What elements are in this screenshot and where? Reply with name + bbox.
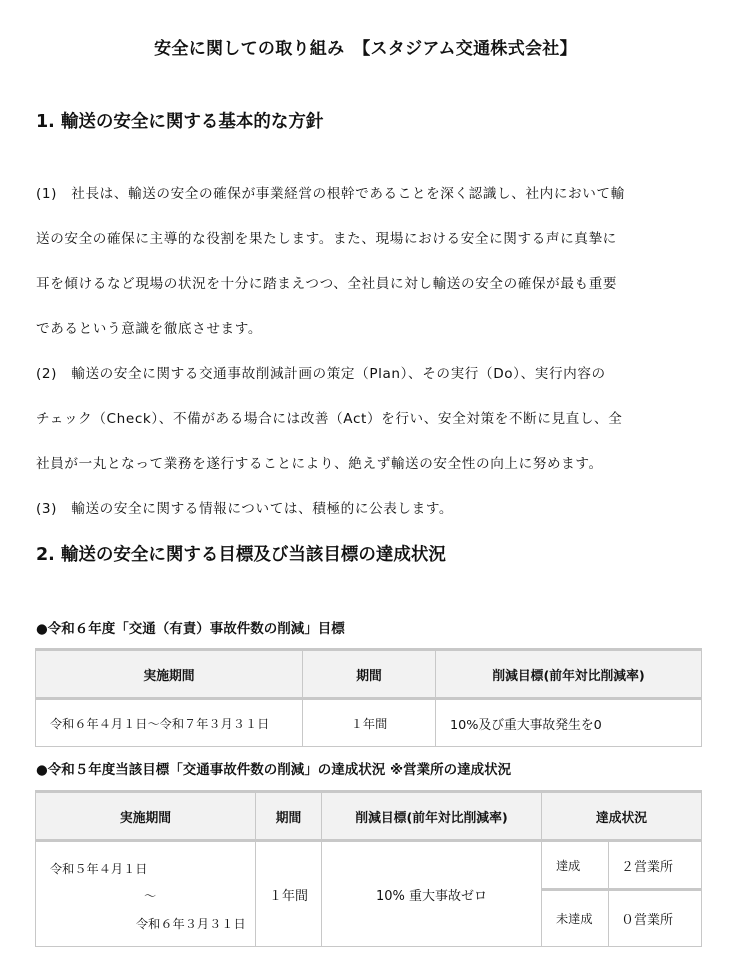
result-table-caption: ●令和５年度当該目標「交通事故件数の削減」の達成状況 ※営業所の達成状況	[36, 758, 511, 778]
policy-paragraph-line: (1) 社長は、輸送の安全の確保が事業経営の根幹であることを深く認識し、社内にお…	[36, 182, 625, 202]
status-label-not-achieved: 未達成	[542, 890, 609, 947]
policy-paragraph-line: 耳を傾けるなど現場の状況を十分に踏まえつつ、全社員に対し輸送の安全の確保が最も重…	[36, 272, 617, 292]
result-table: 実施期間 期間 削減目標(前年対比削減率) 達成状況 令和５年４月１日 ～ 令和…	[35, 790, 702, 947]
status-value-achieved: ２営業所	[609, 841, 702, 890]
period-end: 令和６年３月３１日	[136, 915, 246, 932]
policy-paragraph-line: (3) 輸送の安全に関する情報については、積極的に公表します。	[36, 497, 453, 517]
status-value-not-achieved: ０営業所	[609, 890, 702, 947]
period-tilde: ～	[144, 887, 156, 904]
section-heading-policy: 1. 輸送の安全に関する基本的な方針	[36, 108, 323, 133]
table-row: 令和６年４月１日～令和７年３月３１日 １年間 10%及び重大事故発生を0	[36, 699, 702, 747]
table-header-row: 実施期間 期間 削減目標(前年対比削減率) 達成状況	[36, 792, 702, 841]
status-label-achieved: 達成	[542, 841, 609, 890]
cell-duration: １年間	[256, 841, 322, 947]
header-achievement-status: 達成状況	[542, 792, 702, 841]
header-reduction-goal: 削減目標(前年対比削減率)	[436, 650, 702, 699]
cell-period: 令和５年４月１日 ～ 令和６年３月３１日	[36, 841, 256, 947]
target-table: 実施期間 期間 削減目標(前年対比削減率) 令和６年４月１日～令和７年３月３１日…	[35, 648, 702, 747]
header-reduction-goal: 削減目標(前年対比削減率)	[322, 792, 542, 841]
header-duration: 期間	[256, 792, 322, 841]
table-header-row: 実施期間 期間 削減目標(前年対比削減率)	[36, 650, 702, 699]
period-start: 令和５年４月１日	[50, 860, 148, 877]
policy-paragraph-line: 送の安全の確保に主導的な役割を果たします。また、現場における安全に関する声に真摯…	[36, 227, 617, 247]
header-implementation-period: 実施期間	[36, 792, 256, 841]
target-table-caption: ●令和６年度「交通（有責）事故件数の削減」目標	[36, 617, 345, 637]
page-title: 安全に関しての取り組み 【スタジアム交通株式会社】	[0, 34, 731, 59]
cell-period: 令和６年４月１日～令和７年３月３１日	[36, 699, 303, 747]
header-implementation-period: 実施期間	[36, 650, 303, 699]
cell-goal: 10%及び重大事故発生を0	[436, 699, 702, 747]
cell-duration: １年間	[303, 699, 436, 747]
cell-goal: 10% 重大事故ゼロ	[322, 841, 542, 947]
table-row: 令和５年４月１日 ～ 令和６年３月３１日 １年間 10% 重大事故ゼロ 達成 ２…	[36, 841, 702, 890]
header-duration: 期間	[303, 650, 436, 699]
policy-paragraph-line: チェック（Check）、不備がある場合には改善（Act）を行い、安全対策を不断に…	[36, 407, 622, 427]
policy-paragraph-line: 社員が一丸となって業務を遂行することにより、絶えず輸送の安全性の向上に努めます。	[36, 452, 603, 472]
policy-paragraph-line: (2) 輸送の安全に関する交通事故削減計画の策定（Plan）、その実行（Do）、…	[36, 362, 606, 382]
section-heading-targets: 2. 輸送の安全に関する目標及び当該目標の達成状況	[36, 541, 446, 566]
policy-paragraph-line: であるという意識を徹底させます。	[36, 317, 262, 337]
